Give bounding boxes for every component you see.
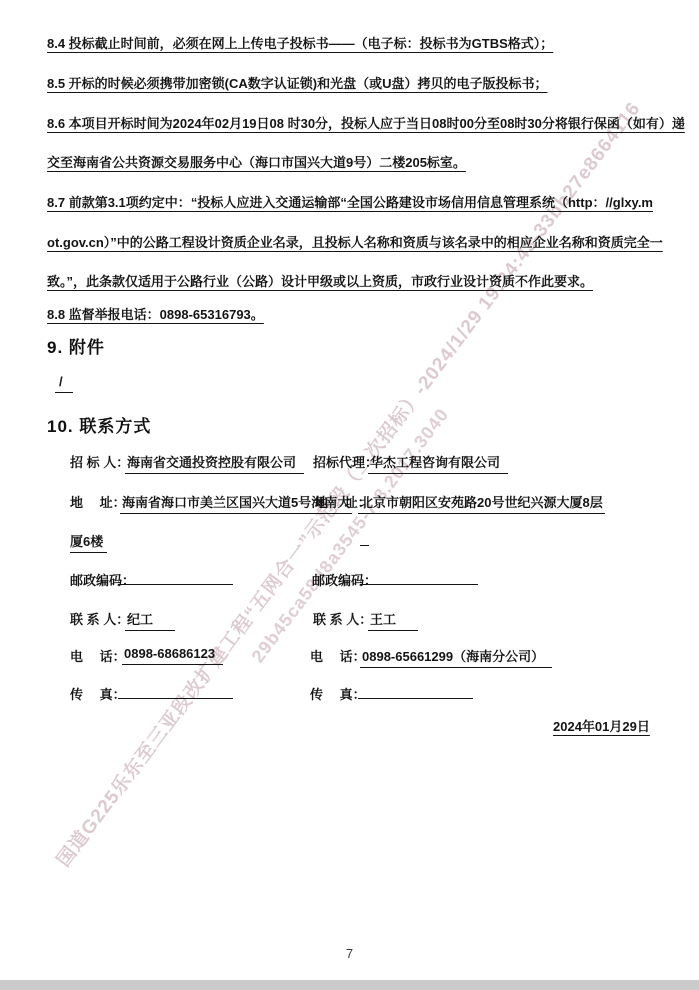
right-address-continuation-blank — [360, 532, 369, 546]
right-address-value: 北京市朝阳区安苑路20号世纪兴源大厦8层 — [358, 492, 605, 511]
heading-contacts: 10. 联系方式 — [47, 412, 151, 437]
doc-line-8-6a: 8.6 本项目开标时间为2024年02月19日08 时30分，投标人应于当日08… — [47, 113, 653, 132]
page-number: 7 — [0, 946, 699, 961]
right-postcode-value — [360, 570, 478, 585]
left-contact-label: 联 系 人： — [70, 609, 129, 628]
doc-line-8-7a-text: 8.7 前款第3.1项约定中：“投标人应进入交通运输部“全国公路建设市场信用信息… — [47, 195, 653, 210]
agent-value: 华杰工程咨询有限公司 — [368, 452, 508, 471]
left-fax-blank — [118, 685, 233, 699]
left-phone-label: 电 话： — [70, 646, 126, 665]
doc-line-8-7a: 8.7 前款第3.1项约定中：“投标人应进入交通运输部“全国公路建设市场信用信息… — [47, 192, 653, 211]
doc-line-8-5-text: 8.5 开标的时候必须携带加密锁(CA数字认证锁)和光盘（或U盘）拷贝的电子版投… — [47, 76, 548, 91]
left-phone-value-text: 0898-68686123 — [122, 646, 223, 665]
attachments-value-text: / — [55, 374, 73, 393]
signature-date: 2024年01月29日 — [553, 716, 650, 735]
left-fax-value — [118, 684, 233, 699]
document-page: 国道G225乐东至三亚段改扩建工程“五网合一”示范段（二次招标）-2024/1/… — [0, 0, 699, 990]
doc-line-8-6a-text: 8.6 本项目开标时间为2024年02月19日08 时30分，投标人应于当日08… — [47, 116, 685, 131]
doc-line-8-8: 8.8 监督举报电话：0898-65316793。 — [47, 304, 264, 323]
right-fax-value — [358, 684, 473, 699]
doc-line-8-7b-text: ot.gov.cn）”中的公路工程设计资质企业名录，且投标人名称和资质与该名录中… — [47, 235, 663, 250]
left-postcode-value — [118, 570, 233, 585]
right-phone-value-text: 0898-65661299（海南分公司） — [360, 649, 552, 668]
left-address-continuation: 厦6楼 — [70, 531, 107, 550]
right-postcode-blank — [360, 571, 478, 585]
right-contact-value-text: 王工 — [368, 612, 418, 631]
right-address-continuation — [360, 531, 369, 546]
right-phone-label: 电 话： — [310, 646, 366, 665]
signature-date-text: 2024年01月29日 — [553, 719, 650, 734]
doc-line-8-7c-text: 致。”，此条款仅适用于公路行业（公路）设计甲级或以上资质，市政行业设计资质不作此… — [47, 274, 593, 289]
agent-value-text: 华杰工程咨询有限公司 — [368, 455, 508, 474]
left-contact-value: 纪工 — [125, 609, 175, 628]
left-address-continuation-text: 厦6楼 — [70, 534, 107, 553]
left-phone-value: 0898-68686123 — [122, 646, 223, 661]
right-contact-label: 联 系 人： — [313, 609, 372, 628]
doc-line-8-4-text: 8.4 投标截止时间前，必须在网上上传电子投标书——（电子标：投标书为GTBS格… — [47, 36, 553, 51]
doc-line-8-4: 8.4 投标截止时间前，必须在网上上传电子投标书——（电子标：投标书为GTBS格… — [47, 33, 553, 52]
bidder-value-text: 海南省交通投资控股有限公司 — [125, 455, 304, 474]
left-contact-value-text: 纪工 — [125, 612, 175, 631]
left-address-label: 地 址： — [70, 492, 126, 511]
heading-attachments: 9. 附件 — [47, 333, 105, 358]
bidder-value: 海南省交通投资控股有限公司 — [125, 452, 304, 471]
bottom-edge-strip — [0, 980, 699, 990]
left-postcode-blank — [118, 571, 233, 585]
doc-line-8-7c: 致。”，此条款仅适用于公路行业（公路）设计甲级或以上资质，市政行业设计资质不作此… — [47, 271, 593, 290]
doc-line-8-6b-text: 交至海南省公共资源交易服务中心（海口市国兴大道9号）二楼205标室。 — [47, 155, 466, 170]
doc-line-8-7b: ot.gov.cn）”中的公路工程设计资质企业名录，且投标人名称和资质与该名录中… — [47, 232, 653, 251]
doc-line-8-8-text: 8.8 监督举报电话：0898-65316793。 — [47, 307, 264, 322]
right-address-value-text: 北京市朝阳区安苑路20号世纪兴源大厦8层 — [358, 495, 605, 514]
bidder-label: 招 标 人： — [70, 452, 129, 471]
attachments-value: / — [55, 374, 73, 389]
right-contact-value: 王工 — [368, 609, 418, 628]
right-phone-value: 0898-65661299（海南分公司） — [360, 646, 552, 665]
right-fax-blank — [358, 685, 473, 699]
doc-line-8-6b: 交至海南省公共资源交易服务中心（海口市国兴大道9号）二楼205标室。 — [47, 152, 466, 171]
doc-line-8-5: 8.5 开标的时候必须携带加密锁(CA数字认证锁)和光盘（或U盘）拷贝的电子版投… — [47, 73, 548, 92]
watermark-line-1: 国道G225乐东至三亚段改扩建工程“五网合一”示范段（二次招标）-2024/1/… — [49, 95, 645, 871]
